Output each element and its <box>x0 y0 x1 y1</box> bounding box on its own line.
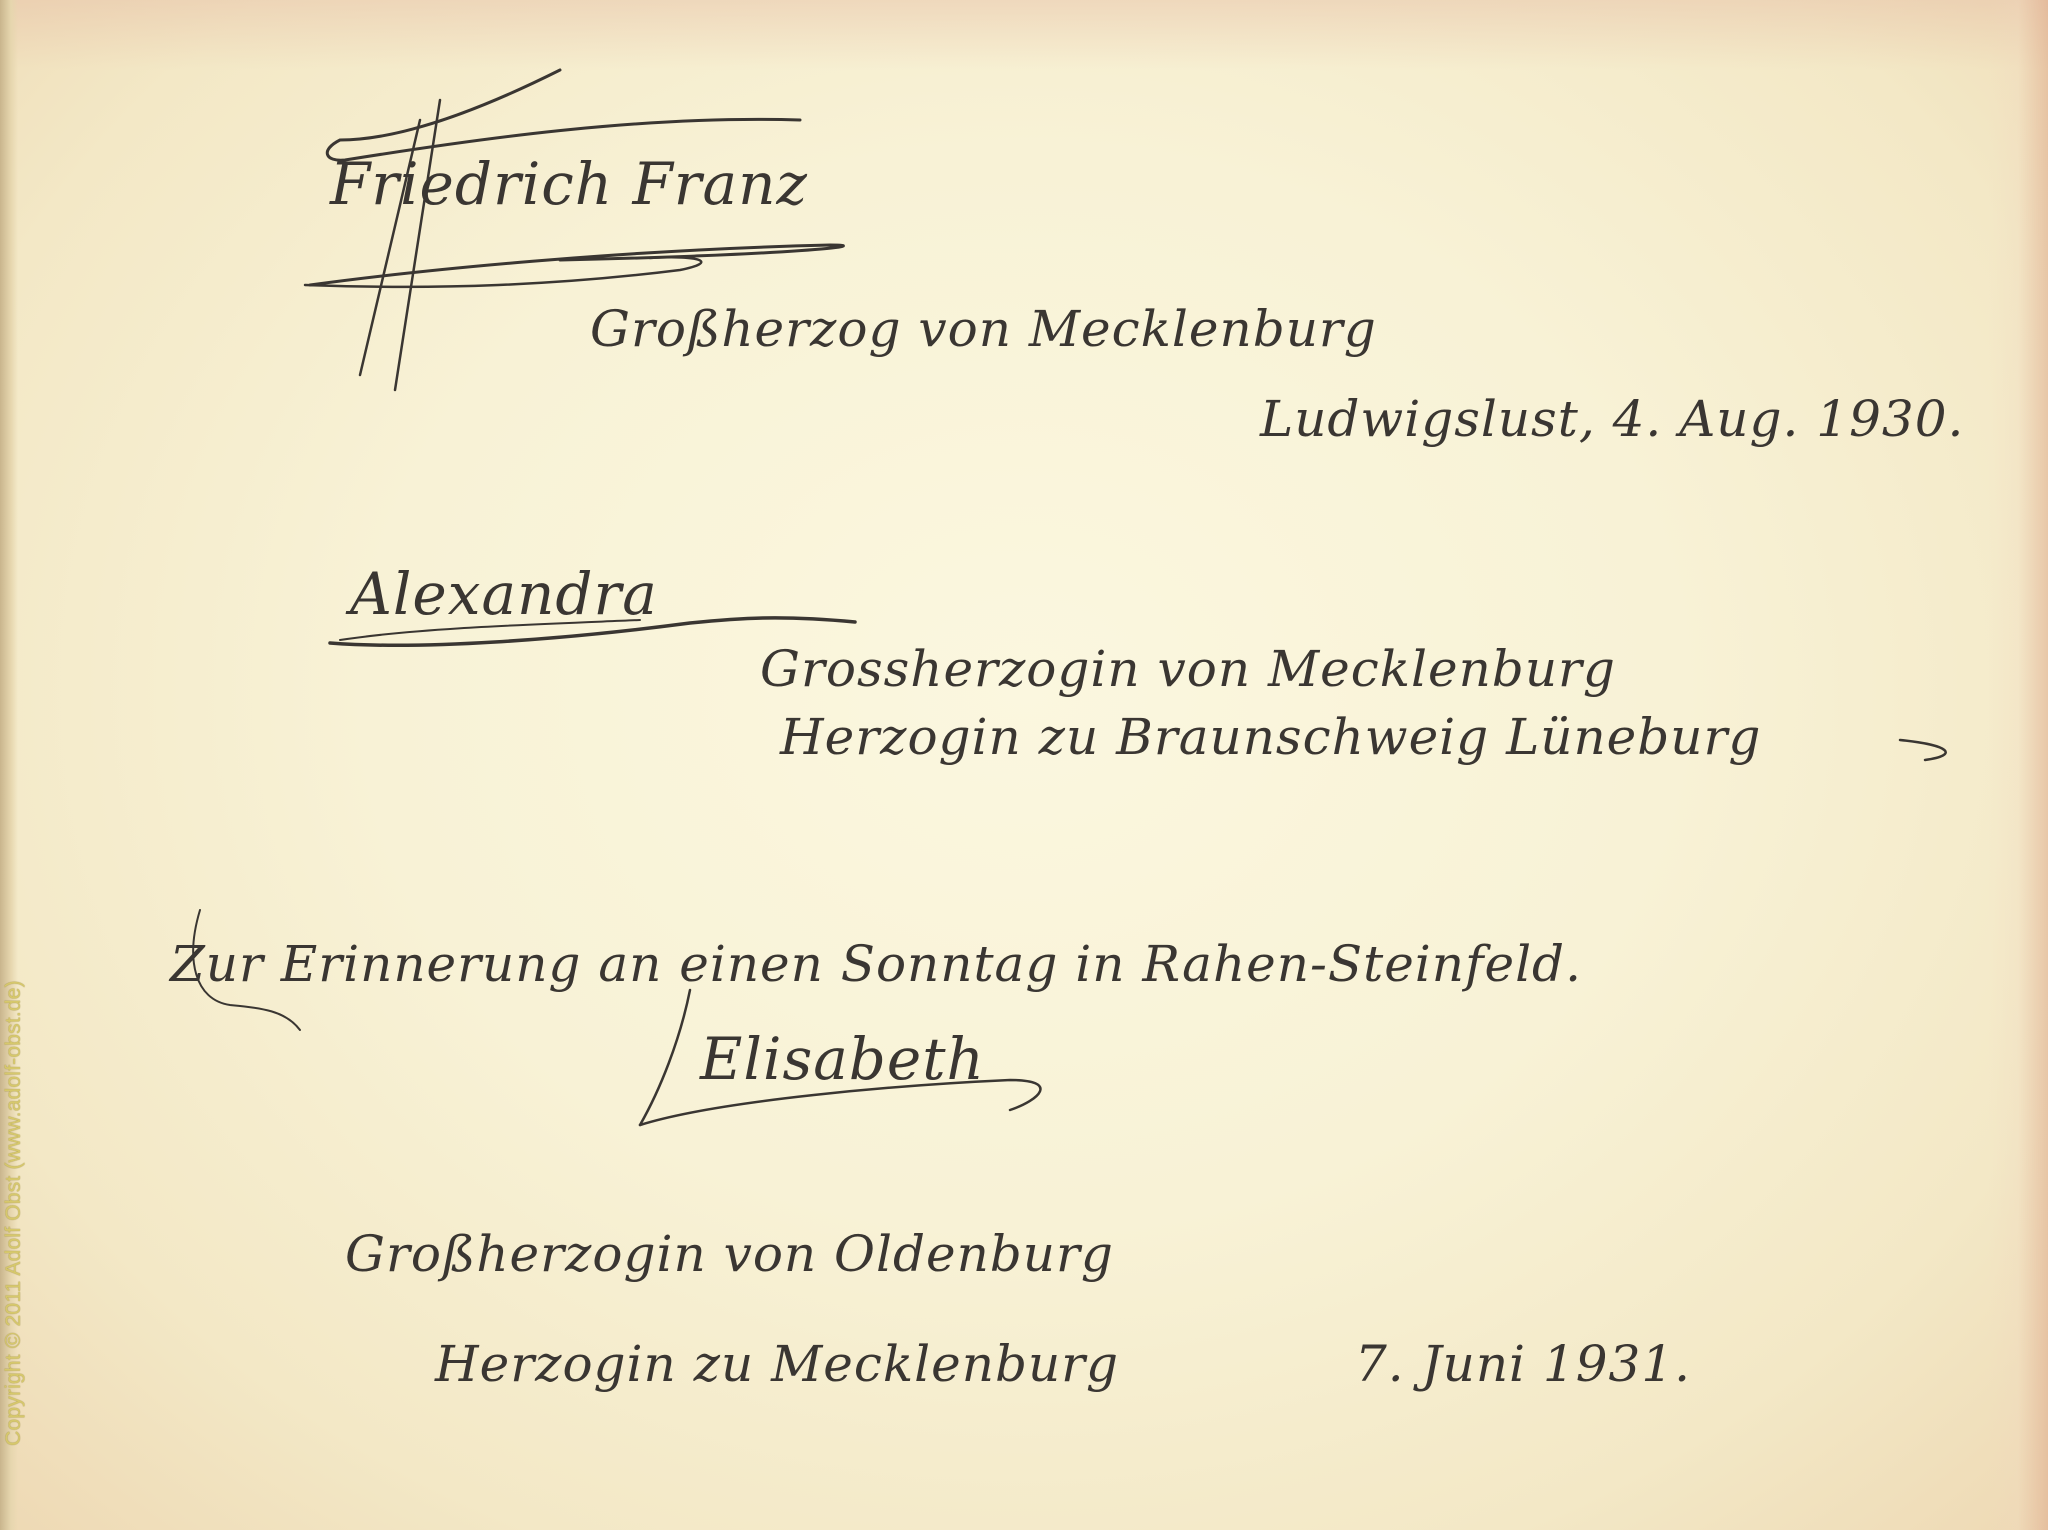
paper-edge-right <box>1988 0 2048 1530</box>
dedication-text: Zur Erinnerung an einen Sonntag in Rahen… <box>170 935 1582 993</box>
copyright-watermark: Copyright © 2011 Adolf Obst (www.adolf-o… <box>2 898 28 1528</box>
guestbook-page: Copyright © 2011 Adolf Obst (www.adolf-o… <box>0 0 2048 1530</box>
date-1931: 7. Juni 1931. <box>1355 1335 1691 1393</box>
place-date-ludwigslust: Ludwigslust, 4. Aug. 1930. <box>1260 390 1964 448</box>
title-herzogin-braunschweig: Herzogin zu Braunschweig Lüneburg <box>780 708 1761 766</box>
title-grossherzog-mecklenburg: Großherzog von Mecklenburg <box>590 300 1377 358</box>
signature-elisabeth: Elisabeth <box>700 1025 985 1093</box>
title-grossherzogin-oldenburg: Großherzogin von Oldenburg <box>345 1225 1114 1283</box>
title-herzogin-mecklenburg: Herzogin zu Mecklenburg <box>435 1335 1119 1393</box>
signature-alexandra: Alexandra <box>350 560 658 628</box>
paper-edge-top <box>0 0 2048 70</box>
signature-friedrich-franz: Friedrich Franz <box>330 150 808 218</box>
title-grossherzogin-mecklenburg: Grossherzogin von Mecklenburg <box>760 640 1616 698</box>
